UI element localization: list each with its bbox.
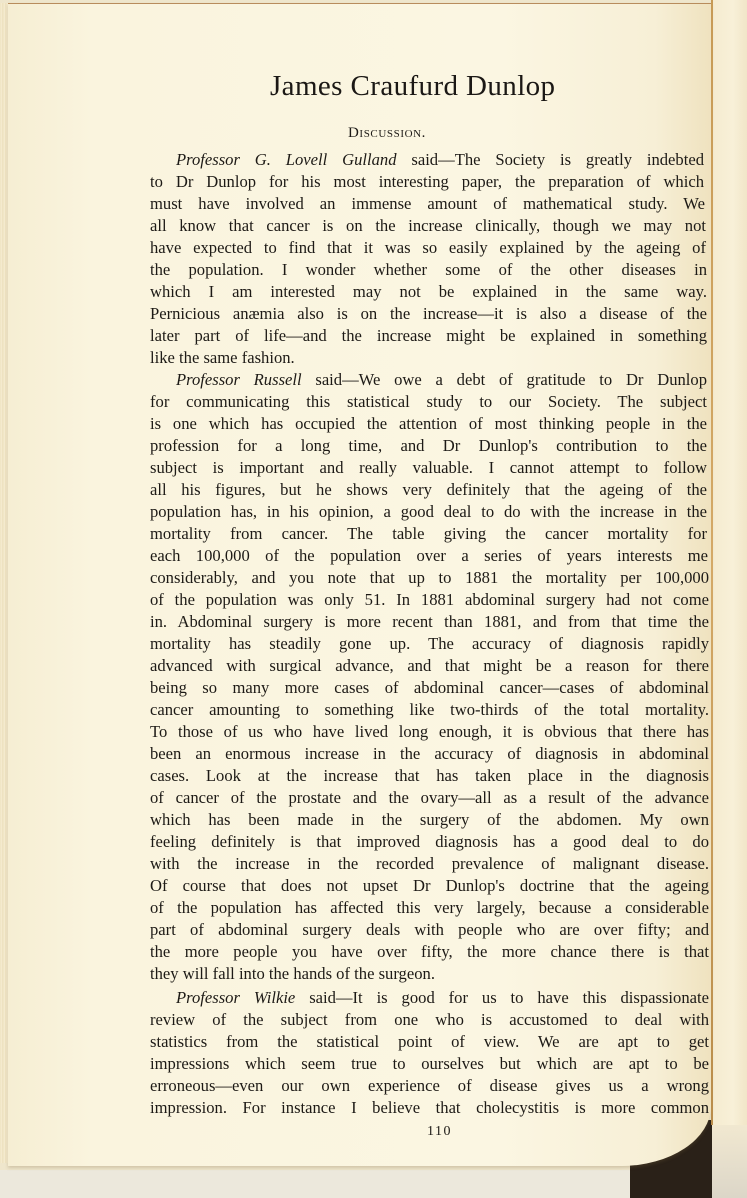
page-number: 110	[427, 1124, 452, 1140]
text-line: To those of us who have lived long enoug…	[150, 722, 709, 742]
section-heading-text: Discussion.	[348, 125, 426, 141]
speaker-name: Professor G. Lovell Gulland	[176, 150, 397, 169]
text-line: which has been made in the surgery of th…	[150, 810, 709, 830]
text-line: cancer amounting to something like two-t…	[150, 700, 709, 720]
speaker-name: Professor Russell	[176, 370, 302, 389]
text-line: like the same fashion.	[150, 348, 707, 368]
text-line: part of abdominal surgery deals with peo…	[150, 920, 709, 940]
text-line: erroneous—even our own experience of dis…	[150, 1076, 709, 1096]
text-line: of the population was only 51. In 1881 a…	[150, 590, 709, 610]
text-line: advanced with surgical advance, and that…	[150, 656, 709, 676]
running-head: James Craufurd Dunlop	[270, 70, 555, 103]
book-gutter	[711, 0, 713, 1125]
text-line: is one which has occupied the attention …	[150, 414, 707, 434]
text-line: Professor Russell said—We owe a debt of …	[176, 370, 707, 390]
text-line: review of the subject from one who is ac…	[150, 1010, 709, 1030]
text-line: of the population has affected this very…	[150, 898, 709, 918]
facing-page-lower	[712, 1125, 747, 1198]
text-line: considerably, and you note that up to 18…	[150, 568, 709, 588]
text-line: in. Abdominal surgery is more recent tha…	[150, 612, 709, 632]
text-line: for communicating this statistical study…	[150, 392, 707, 412]
text-line: mortality from cancer. The table giving …	[150, 524, 707, 544]
text-line: to Dr Dunlop for his most interesting pa…	[150, 172, 704, 192]
text-line: the population. I wonder whether some of…	[150, 260, 707, 280]
text-line: been an enormous increase in the accurac…	[150, 744, 709, 764]
text-line: must have involved an immense amount of …	[150, 194, 705, 214]
text-line: subject is important and really valuable…	[150, 458, 707, 478]
speaker-name: Professor Wilkie	[176, 988, 295, 1007]
text-line: of cancer of the prostate and the ovary—…	[150, 788, 709, 808]
section-heading: Discussion.	[348, 125, 426, 142]
text-line: population has, in his opinion, a good d…	[150, 502, 707, 522]
text-line: Professor G. Lovell Gulland said—The Soc…	[176, 150, 704, 170]
text-line: have expected to find that it was so eas…	[150, 238, 706, 258]
text-line: each 100,000 of the population over a se…	[150, 546, 708, 566]
facing-page-edge	[712, 0, 747, 1198]
text-line: feeling definitely is that improved diag…	[150, 832, 709, 852]
text-line: the more people you have over fifty, the…	[150, 942, 709, 962]
text-line: all know that cancer is on the increase …	[150, 216, 706, 236]
text-line: impression. For instance I believe that …	[150, 1098, 709, 1118]
text-line: Pernicious anæmia also is on the increas…	[150, 304, 707, 324]
text-line: Of course that does not upset Dr Dunlop'…	[150, 876, 709, 896]
text-line: being so many more cases of abdominal ca…	[150, 678, 709, 698]
text-line: statistics from the statistical point of…	[150, 1032, 709, 1052]
text-line: with the increase in the recorded preval…	[150, 854, 709, 874]
text-line: impressions which seem true to ourselves…	[150, 1054, 709, 1074]
text-line: Professor Wilkie said—It is good for us …	[176, 988, 709, 1008]
text-line: profession for a long time, and Dr Dunlo…	[150, 436, 707, 456]
text-line: cases. Look at the increase that has tak…	[150, 766, 709, 786]
text-line: mortality has steadily gone up. The accu…	[150, 634, 709, 654]
text-line: all his figures, but he shows very defin…	[150, 480, 707, 500]
text-line: they will fall into the hands of the sur…	[150, 964, 709, 984]
text-line: which I am interested may not be explain…	[150, 282, 707, 302]
text-line: later part of life—and the increase migh…	[150, 326, 707, 346]
